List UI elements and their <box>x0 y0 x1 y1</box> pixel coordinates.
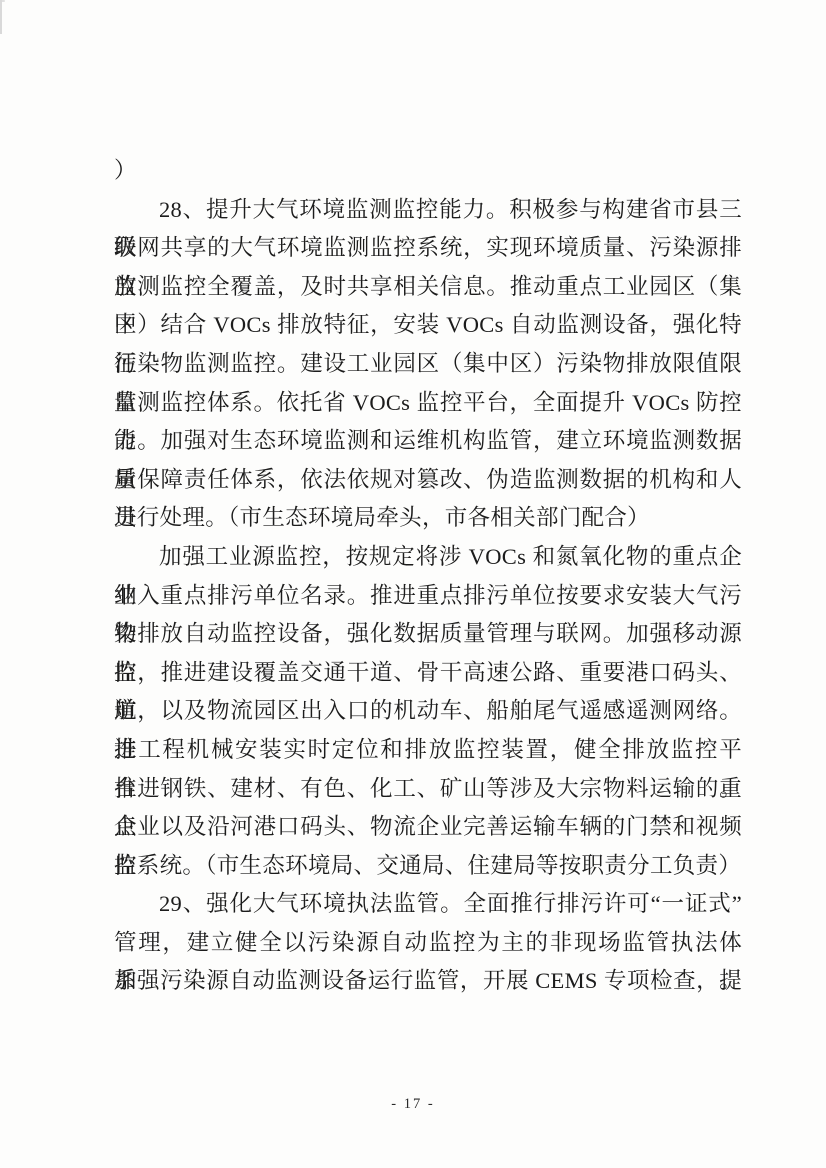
text-line: 道，以及物流园区出入口的机动车、船舶尾气遥感遥测网络。推 <box>114 692 742 731</box>
text-line: 监测监控全覆盖，及时共享相关信息。推动重点工业园区（集中 <box>114 268 742 307</box>
text-line: 进工程机械安装实时定位和排放监控装置，健全排放监控平台。 <box>114 731 742 770</box>
text-line-item-29: 29、强化大气环境执法监管。全面推行排污许可“一证式” <box>114 885 742 924</box>
text-line: 监测监控体系。依托省 VOCs 监控平台，全面提升 VOCs 防控能 <box>114 384 742 423</box>
text-line: 物排放自动监控设备，强化数据质量管理与联网。加强移动源监 <box>114 615 742 654</box>
text-line: 推进钢铁、建材、有色、化工、矿山等涉及大宗物料运输的重点 <box>114 770 742 809</box>
scanned-document-page: ） 28、提升大气环境监测监控能力。积极参与构建省市县三级 联网共享的大气环境监… <box>0 0 826 1168</box>
text-line-paragraph-end: 进行处理。（市生态环境局牵头，市各相关部门配合） <box>114 499 742 538</box>
text-line: 联网共享的大气环境监测监控系统，实现环境质量、污染源排放 <box>114 229 742 268</box>
text-line-paragraph-end: 控系统。（市生态环境局、交通局、住建局等按职责分工负责） <box>114 847 742 886</box>
text-line: 污染物监测监控。建设工业园区（集中区）污染物排放限值限量 <box>114 345 742 384</box>
text-line: 控，推进建设覆盖交通干道、骨干高速公路、重要港口码头、航 <box>114 654 742 693</box>
page-number: - 17 - <box>0 1096 826 1113</box>
scan-artifact <box>0 0 5 2</box>
text-line: 加强污染源自动监测设备运行监管，开展 CEMS 专项检查，提 <box>114 962 742 1001</box>
text-line: 纳入重点排污单位名录。推进重点排污单位按要求安装大气污染 <box>114 577 742 616</box>
text-line: 量保障责任体系，依法依规对篡改、伪造监测数据的机构和人员 <box>114 461 742 500</box>
text-line: 力。加强对生态环境监测和运维机构监管，建立环境监测数据质 <box>114 422 742 461</box>
text-line-paragraph-start: 加强工业源监控，按规定将涉 VOCs 和氮氧化物的重点企业 <box>114 538 742 577</box>
text-line-item-28: 28、提升大气环境监测监控能力。积极参与构建省市县三级 <box>114 191 742 230</box>
text-line: 企业以及沿河港口码头、物流企业完善运输车辆的门禁和视频监 <box>114 808 742 847</box>
text-line: 管理，建立健全以污染源自动监控为主的非现场监管执法体系。 <box>114 924 742 963</box>
text-line: 区）结合 VOCs 排放特征，安装 VOCs 自动监测设备，强化特征 <box>114 306 742 345</box>
text-line-continuation: ） <box>114 152 742 191</box>
document-body-text: ） 28、提升大气环境监测监控能力。积极参与构建省市县三级 联网共享的大气环境监… <box>114 152 742 1001</box>
